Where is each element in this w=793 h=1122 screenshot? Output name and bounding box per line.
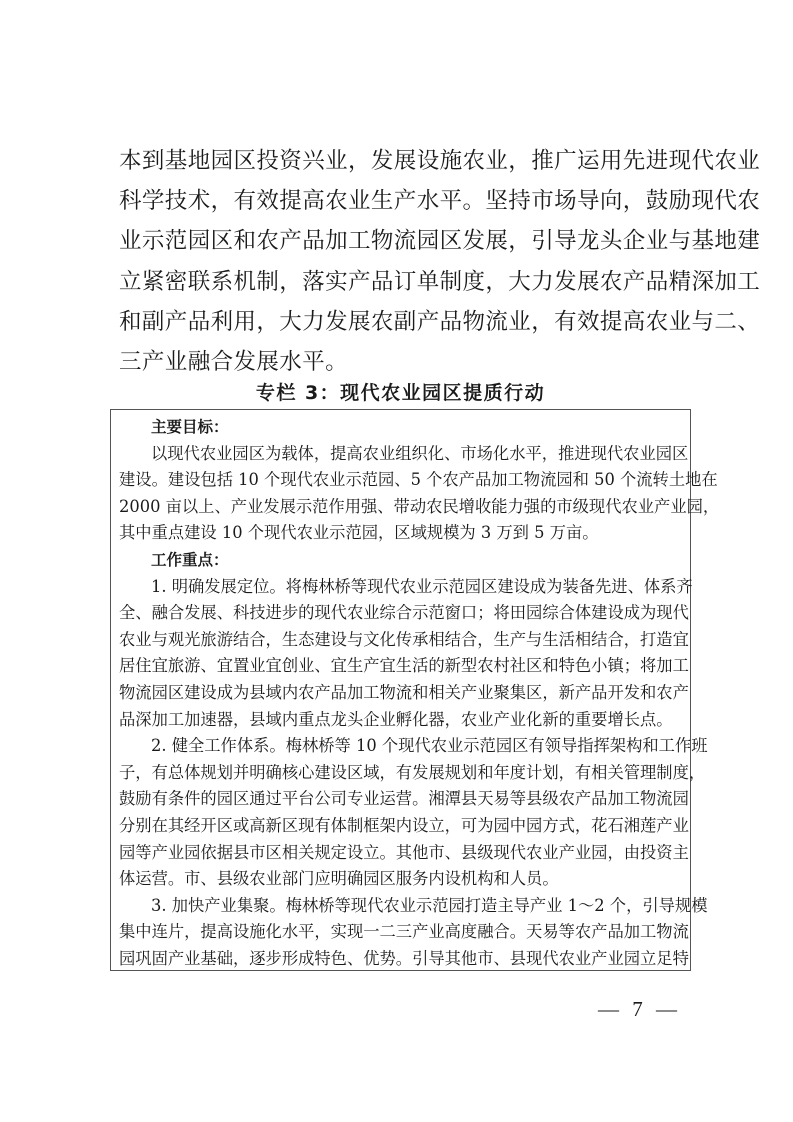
item1-line: 物流园区建设成为县域内农产品加工物流和相关产业聚集区，新产品开发和农产 [119,680,682,707]
item1-line: 农业与观光旅游结合，生态建设与文化传承相结合，生产与生活相结合，打造宜 [119,627,682,654]
main-goals-heading: 主要目标： [119,414,682,441]
item2-line: 园等产业园依据县市区相关规定设立。其他市、县级现代农业产业园，由投资主 [119,840,682,867]
item2-line: 体运营。市、县级农业部门应明确园区服务内设机构和人员。 [119,866,682,893]
box-title: 专栏 3：现代农业园区提质行动 [110,378,691,405]
column-box: 主要目标： 以现代农业园区为载体，提高农业组织化、市场化水平，推进现代农业园区 … [110,409,691,971]
main-goals-line: 其中重点建设 10 个现代农业示范园，区域规模为 3 万到 5 万亩。 [119,520,682,547]
work-focus-heading: 工作重点： [119,547,682,574]
item1-line: 居住宜旅游、宜置业宜创业、宜生产宜生活的新型农村社区和特色小镇；将加工 [119,653,682,680]
item3-line: 集中连片，提高设施化水平，实现一二三产业高度融合。天易等农产品加工物流 [119,919,682,946]
paragraph-line: 业示范园区和农产品加工物流园区发展，引导龙头企业与基地建 [119,221,685,261]
paragraph-line: 立紧密联系机制，落实产品订单制度，大力发展农产品精深加工 [119,262,685,302]
item2-line: 2. 健全工作体系。梅林桥等 10 个现代农业示范园区有领导指挥架构和工作班 [119,733,682,760]
item2-line: 鼓励有条件的园区通过平台公司专业运营。湘潭县天易等县级农产品加工物流园 [119,786,682,813]
item1-line: 品深加工加速器，县域内重点龙头企业孵化器，农业产业化新的重要增长点。 [119,707,682,734]
main-goals-line: 建设。建设包括 10 个现代农业示范园、5 个农产品加工物流园和 50 个流转土… [119,467,682,494]
item1-line: 全、融合发展、科技进步的现代农业综合示范窗口；将田园综合体建设成为现代 [119,600,682,627]
main-goals-line: 以现代农业园区为载体，提高农业组织化、市场化水平，推进现代农业园区 [119,441,682,468]
paragraph-line: 和副产品利用，大力发展农副产品物流业，有效提高农业与二、 [119,302,685,342]
item3-line: 园巩固产业基础，逐步形成特色、优势。引导其他市、县现代农业产业园立足特 [119,946,682,973]
main-goals-line: 2000 亩以上、产业发展示范作用强、带动农民增收能力强的市级现代农业产业园， [119,494,682,521]
item2-line: 分别在其经开区或高新区现有体制框架内设立，可为园中园方式，花石湘莲产业 [119,813,682,840]
paragraph-line: 三产业融合发展水平。 [119,342,685,382]
item1-line: 1. 明确发展定位。将梅林桥等现代农业示范园区建设成为装备先进、体系齐 [119,574,682,601]
column-box-content: 主要目标： 以现代农业园区为载体，提高农业组织化、市场化水平，推进现代农业园区 … [119,414,682,972]
paragraph-line: 科学技术，有效提高农业生产水平。坚持市场导向，鼓励现代农 [119,181,685,221]
paragraph-line: 本到基地园区投资兴业，发展设施农业，推广运用先进现代农业 [119,141,685,181]
body-paragraph: 本到基地园区投资兴业，发展设施农业，推广运用先进现代农业 科学技术，有效提高农业… [119,141,685,382]
page-number: — 7 — [598,997,681,1022]
item2-line: 子，有总体规划并明确核心建设区域，有发展规划和年度计划，有相关管理制度， [119,760,682,787]
item3-line: 3. 加快产业集聚。梅林桥等现代农业示范园打造主导产业 1～2 个，引导规模 [119,893,682,920]
